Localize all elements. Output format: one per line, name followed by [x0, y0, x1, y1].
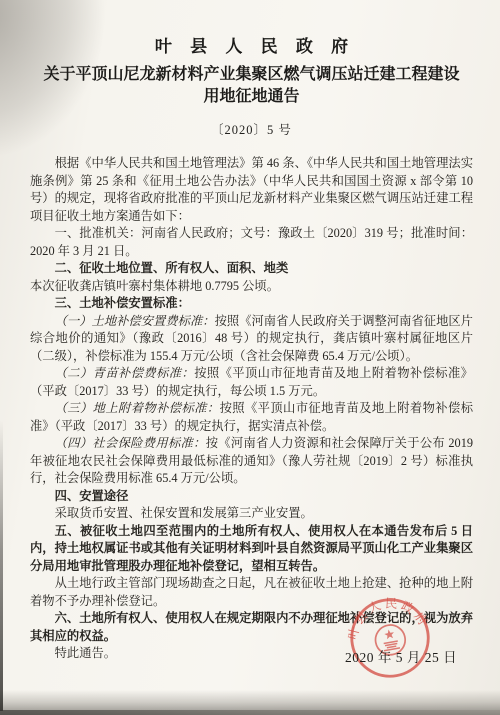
paragraph-compensation-item-1: （一）土地补偿安置费标准：按照《河南省人民政府关于调整河南省征地区片综合地价的通…	[30, 313, 473, 366]
section-heading-land-location: 二、征收土地位置、所有权人、面积、地类	[30, 260, 473, 278]
subtitle-line-1: 关于平顶山尼龙新材料产业集聚区燃气调压站迁建工程建设	[30, 64, 473, 86]
scan-edge-artifact-left	[0, 420, 3, 711]
subtitle-line-2: 用地征地通告	[30, 86, 473, 108]
scan-edge-artifact-bottom	[0, 710, 500, 715]
scanned-document-page: 叶 县 人 民 政 府 关于平顶山尼龙新材料产业集聚区燃气调压站迁建工程建设 用…	[0, 0, 500, 715]
document-subtitle: 关于平顶山尼龙新材料产业集聚区燃气调压站迁建工程建设 用地征地通告	[30, 64, 473, 107]
page-title: 叶 县 人 民 政 府	[30, 32, 473, 57]
paragraph-compensation-item-2: （二）青苗补偿费标准：按照《平顶山市征地青苗及地上附着物补偿标准》（平政〔201…	[30, 365, 473, 400]
paragraph-approval-authority: 一、批准机关：河南省人民政府；文号：豫政土〔2020〕319 号；批准时间：20…	[30, 225, 473, 260]
paragraph-registration-notice: 五、被征收土地四至范围内的土地所有权人、使用权人在本通告发布后 5 日内，持土地…	[30, 523, 473, 576]
issue-date: 2020 年 5 月 25 日	[345, 646, 457, 666]
paragraph-compensation-item-4: （四）社会保险费用标准：按《河南省人力资源和社会保障厅关于公布 2019 年被征…	[30, 435, 473, 488]
paragraph-compensation-item-3: （三）地上附着物补偿标准：按照《平顶山市征地青苗及地上附着物补偿标准》（平政〔2…	[30, 400, 473, 435]
section-heading-resettlement: 四、安置途径	[30, 488, 473, 506]
notice-document: 叶 县 人 民 政 府 关于平顶山尼龙新材料产业集聚区燃气调压站迁建工程建设 用…	[30, 32, 473, 663]
document-number: 〔2020〕5 号	[30, 120, 473, 138]
section-heading-compensation: 三、土地补偿安置标准：	[30, 295, 473, 313]
paragraph-resettlement-methods: 采取货币安置、社保安置和发展第三产业安置。	[30, 505, 473, 523]
government-seal-icon: 叶县人民政府	[340, 588, 440, 688]
paragraph-land-area: 本次征收龚店镇叶寨村集体耕地 0.7795 公顷。	[30, 278, 473, 296]
document-body: 根据《中华人民共和国土地管理法》第 46 条、《中华人民共和国土地管理法实施条例…	[30, 155, 473, 663]
paragraph-basis: 根据《中华人民共和国土地管理法》第 46 条、《中华人民共和国土地管理法实施条例…	[30, 155, 473, 225]
